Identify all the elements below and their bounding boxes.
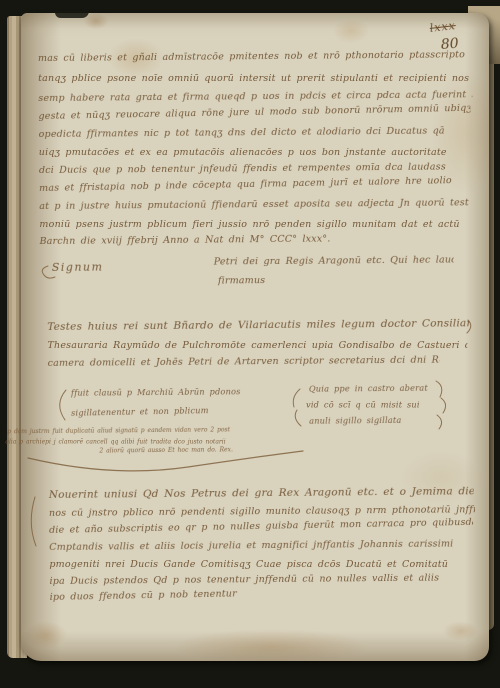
clerk-note-line: 2 aliorū quorū ausso Et hoc man do. Rex. (99, 446, 277, 455)
signum-line: firmamus (218, 275, 308, 287)
closure-note-line: sigillatenentur et non pblicum (71, 405, 239, 418)
charter2-line: pmogeniti nrei Ducis Gande Comitisqʒ Cua… (49, 559, 469, 570)
seal-note-line: Quia ppe in castro aberat (309, 383, 437, 394)
charter2-line: ipo duos ffendos cū p nob tenentur (50, 588, 240, 603)
charter1-dating-clause: Barchn die xviij ffebrij Anno a Nat dni … (40, 233, 340, 247)
handwriting-layer: lxxx 80 mas cū liberis et gñali admīstra… (0, 0, 500, 688)
charter2-line: nos cū jnstro pblico nrō pendenti sigill… (49, 504, 475, 519)
charter2-line: Cmptandis vallis et aliis locis jurelia … (49, 538, 471, 553)
charter1-line: tanqʒ pblice psone noīe omniū quorū inte… (38, 73, 472, 84)
charter1-line: gesta et nūqʒ reuocare aliqua rōne jure … (38, 103, 470, 122)
charter1-line: semp habere rata grata et firma queqd p … (38, 89, 472, 104)
charter1-line: uiqʒ pmutacōes et ex ea pmutacōis aliena… (39, 147, 469, 158)
charter2-line: ipa Ducis pstendos Qd p nos tenentur jnf… (50, 572, 470, 587)
charter1-line: at p in justre huius pmutacionū ffiendar… (39, 197, 469, 212)
seal-note-line: anuli sigillo sigillata (309, 415, 435, 426)
manuscript-photo: lxxx 80 mas cū liberis et gñali admīstra… (0, 0, 500, 688)
witness-line: Testes huius rei sunt Bñardo de Vilariac… (47, 317, 469, 333)
charter2-line: die et año subscriptis eo qr p no nulles… (49, 517, 473, 536)
struck-folio-numeral: lxxx (429, 19, 456, 35)
charter1-line: mas cū liberis et gñali admīstracōe pmit… (38, 49, 470, 64)
charter1-line: opedicta ffirmantes nic p tot tanqʒ dns … (39, 125, 471, 140)
seal-note-line: vid cō scī q cū misit sui (306, 400, 442, 410)
witness-line: camera domicelli et Johēs Petri de Artar… (48, 355, 440, 369)
closure-note-line: ffuit clausū p Marchiū Abrūn pdonos (71, 386, 269, 398)
witness-line: Thesauraria Raymūdo de Pulchromōte camer… (47, 340, 467, 351)
charter2-line: Nouerint uniusi Qd Nos Petrus dei gra Re… (49, 485, 474, 501)
signum-line: Petri dei gra Regis Aragonū etc. Qui hec… (214, 254, 454, 267)
clerk-note-line: p dcm justrm fuit duplicatū aliud signat… (7, 426, 285, 435)
charter1-line: moniū psens justrm pblicum fieri jussio … (39, 219, 469, 230)
charter1-line: mas et ffristapia nob p inde cōcepta qua… (39, 175, 467, 194)
signum-label: Signum (52, 260, 122, 274)
charter1-line: dci Ducis que p nob tenentur jnfeudū ffe… (39, 161, 467, 176)
clerk-note-line: alia p archiepi j clamorē cancell qq ali… (5, 438, 273, 445)
